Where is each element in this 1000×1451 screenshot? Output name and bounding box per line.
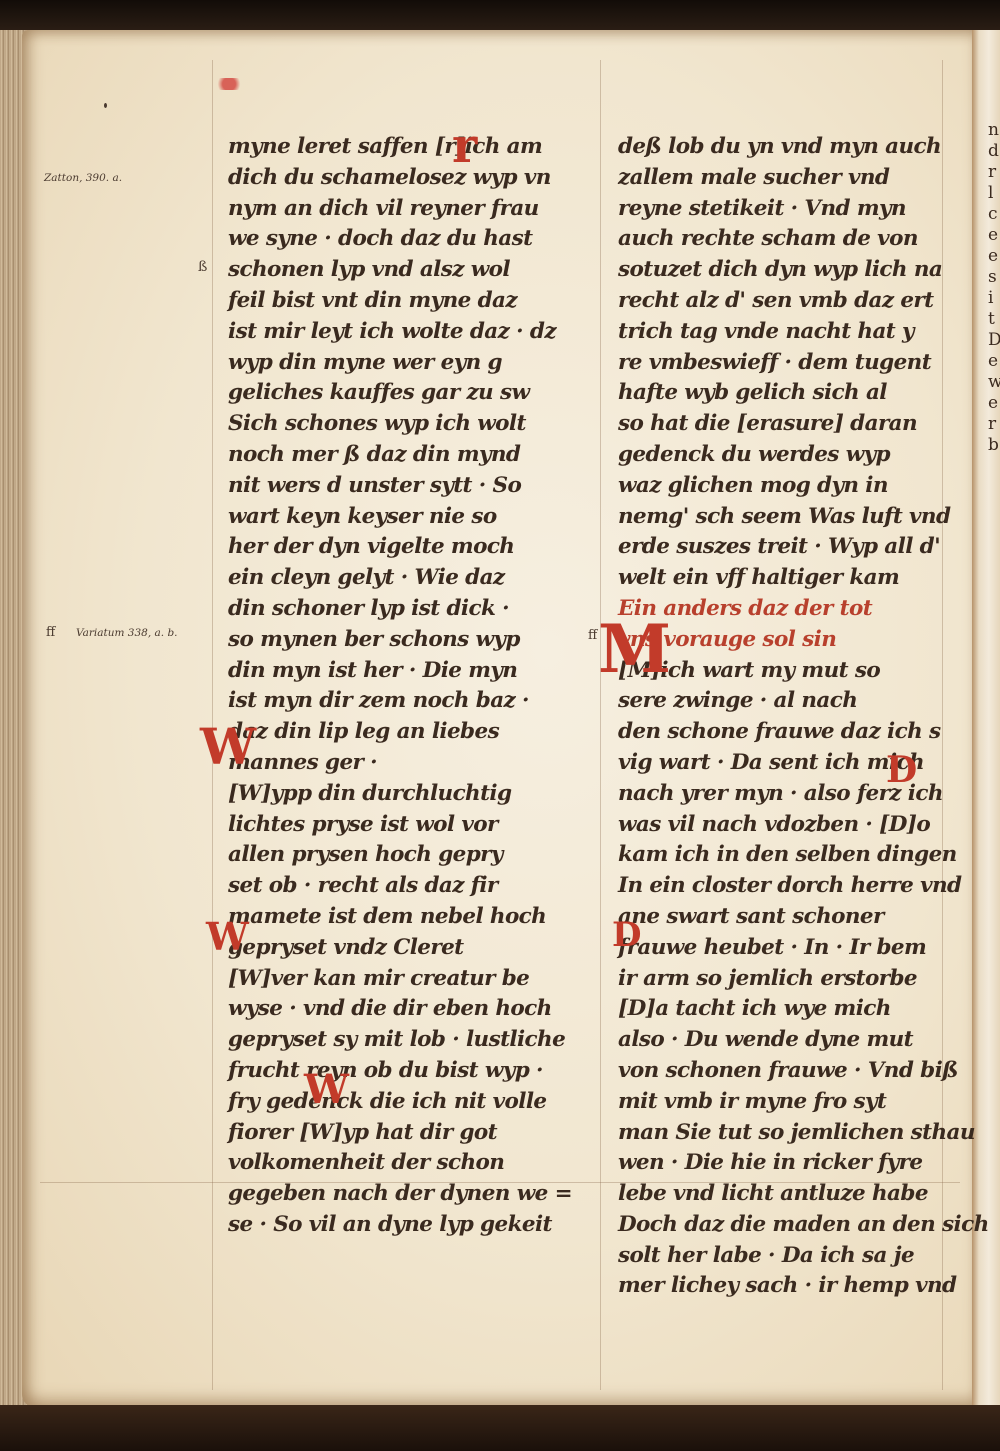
text-line: man Sie tut so jemlichen sthau	[618, 1118, 958, 1149]
text-line: myne leret saffen [r]ich am	[228, 132, 578, 163]
text-line: gepryset vndz Cleret	[228, 933, 578, 964]
text-line: auch rechte scham de von	[618, 224, 958, 255]
text-line: zallem male sucher vnd	[618, 163, 958, 194]
text-line: we syne · doch daz du hast	[228, 224, 578, 255]
margin-note-variatum: Variatum 338, a. b.	[76, 627, 178, 639]
background-top	[0, 0, 1000, 30]
text-line: was vil nach vdozben · [D]o	[618, 810, 958, 841]
text-line: sere zwinge · al nach	[618, 686, 958, 717]
margin-note-zatton: Zatton, 390. a.	[44, 172, 122, 184]
text-line: ir arm so jemlich erstorbe	[618, 964, 958, 995]
text-line: set ob · recht als daz fir	[228, 871, 578, 902]
text-line: ein cleyn gelyt · Wie daz	[228, 563, 578, 594]
text-line: se · So vil an dyne lyp gekeit	[228, 1210, 578, 1241]
text-line: mer lichey sach · ir hemp vnd	[618, 1271, 958, 1302]
text-line: her der dyn vigelte moch	[228, 532, 578, 563]
red-initial-m: M	[598, 616, 671, 682]
ruling-vertical-middle	[600, 60, 601, 1390]
text-line: lichtes pryse ist wol vor	[228, 810, 578, 841]
text-line: [W]ypp din durchluchtig	[228, 779, 578, 810]
red-initial-r: r	[452, 122, 477, 170]
margin-mark-ff-left: ff	[46, 625, 55, 640]
text-line: noch mer ß daz din mynd	[228, 440, 578, 471]
text-line: gepryset sy mit lob · lustliche	[228, 1025, 578, 1056]
text-line: so mynen ber schons wyp	[228, 625, 578, 656]
text-line: gegeben nach der dynen we =	[228, 1179, 578, 1210]
text-line: trich tag vnde nacht hat y	[618, 317, 958, 348]
text-line: Doch daz die maden an den sich	[618, 1210, 958, 1241]
text-line: allen prysen hoch gepry	[228, 840, 578, 871]
text-line: wyp din myne wer eyn g	[228, 348, 578, 379]
text-line: welt ein vff haltiger kam	[618, 563, 958, 594]
red-initial-d-1: D	[886, 752, 917, 788]
text-line: lebe vnd licht antluze habe	[618, 1179, 958, 1210]
text-line: nemg' sch seem Was luft vnd	[618, 502, 958, 533]
text-line: ane swart sant schoner	[618, 902, 958, 933]
text-line: nit wers d unster sytt · So	[228, 471, 578, 502]
text-line: solt her labe · Da ich sa je	[618, 1241, 958, 1272]
text-line: so hat die [erasure] daran	[618, 409, 958, 440]
text-line: erde suszes treit · Wyp all d'	[618, 532, 958, 563]
red-initial-w-2: W	[206, 918, 249, 956]
text-line: mit vmb ir myne fro syt	[618, 1087, 958, 1118]
text-line: [D]a tacht ich wye mich	[618, 994, 958, 1025]
text-line: daz din lip leg an liebes	[228, 717, 578, 748]
text-line: fiorer [W]yp hat dir got	[228, 1118, 578, 1149]
text-line: din myn ist her · Die myn	[228, 656, 578, 687]
text-line: von schonen frauwe · Vnd biß	[618, 1056, 958, 1087]
red-initial-d-2: D	[612, 918, 641, 952]
text-line: deß lob du yn vnd myn auch	[618, 132, 958, 163]
text-line: hafte wyb gelich sich al	[618, 378, 958, 409]
text-line: geliches kauffes gar zu sw	[228, 378, 578, 409]
ink-blot	[104, 103, 107, 108]
text-line: frucht reyn ob du bist wyp ·	[228, 1056, 578, 1087]
background-bottom	[0, 1405, 1000, 1451]
text-line: din schoner lyp ist dick ·	[228, 594, 578, 625]
text-line: reyne stetikeit · Vnd myn	[618, 194, 958, 225]
text-column-right: deß lob du yn vnd myn auch zallem male s…	[618, 132, 958, 1302]
text-line: dich du schamelosez wyp vn	[228, 163, 578, 194]
text-line: frauwe heubet · In · Ir bem	[618, 933, 958, 964]
text-line: wart keyn keyser nie so	[228, 502, 578, 533]
text-column-left: myne leret saffen [r]ich am dich du scha…	[228, 132, 578, 1241]
red-initial-w-3: W	[304, 1070, 349, 1110]
red-initial-w-1: W	[200, 722, 256, 772]
text-line: ist mir leyt ich wolte daz · dz	[228, 317, 578, 348]
text-line: gedenck du werdes wyp	[618, 440, 958, 471]
text-line: den schone frauwe daz ich s	[618, 717, 958, 748]
text-line: kam ich in den selben dingen	[618, 840, 958, 871]
red-ink-smudge	[214, 78, 244, 90]
text-line: recht alz d' sen vmb daz ert	[618, 286, 958, 317]
text-line: feil bist vnt din myne daz	[228, 286, 578, 317]
text-line: re vmbeswieff · dem tugent	[618, 348, 958, 379]
text-line: volkomenheit der schon	[228, 1148, 578, 1179]
facing-page-text: n d r l c e e s i t D e w e r b	[988, 120, 1000, 456]
text-line: schonen lyp vnd alsz wol	[228, 255, 578, 286]
margin-mark-ff-right: ff	[588, 628, 597, 643]
text-line: sotuzet dich dyn wyp lich na	[618, 255, 958, 286]
text-line: fry gedenck die ich nit volle	[228, 1087, 578, 1118]
text-line: also · Du wende dyne mut	[618, 1025, 958, 1056]
text-line: mannes ger ·	[228, 748, 578, 779]
text-line: Sich schones wyp ich wolt	[228, 409, 578, 440]
margin-mark-sz: ß	[198, 259, 207, 275]
text-line: ist myn dir zem noch baz ·	[228, 686, 578, 717]
text-line: mamete ist dem nebel hoch	[228, 902, 578, 933]
text-line: nym an dich vil reyner frau	[228, 194, 578, 225]
text-line: wen · Die hie in ricker fyre	[618, 1148, 958, 1179]
text-line: [W]ver kan mir creatur be	[228, 964, 578, 995]
text-line: In ein closter dorch herre vnd	[618, 871, 958, 902]
text-line: wyse · vnd die dir eben hoch	[228, 994, 578, 1025]
text-line: waz glichen mog dyn in	[618, 471, 958, 502]
